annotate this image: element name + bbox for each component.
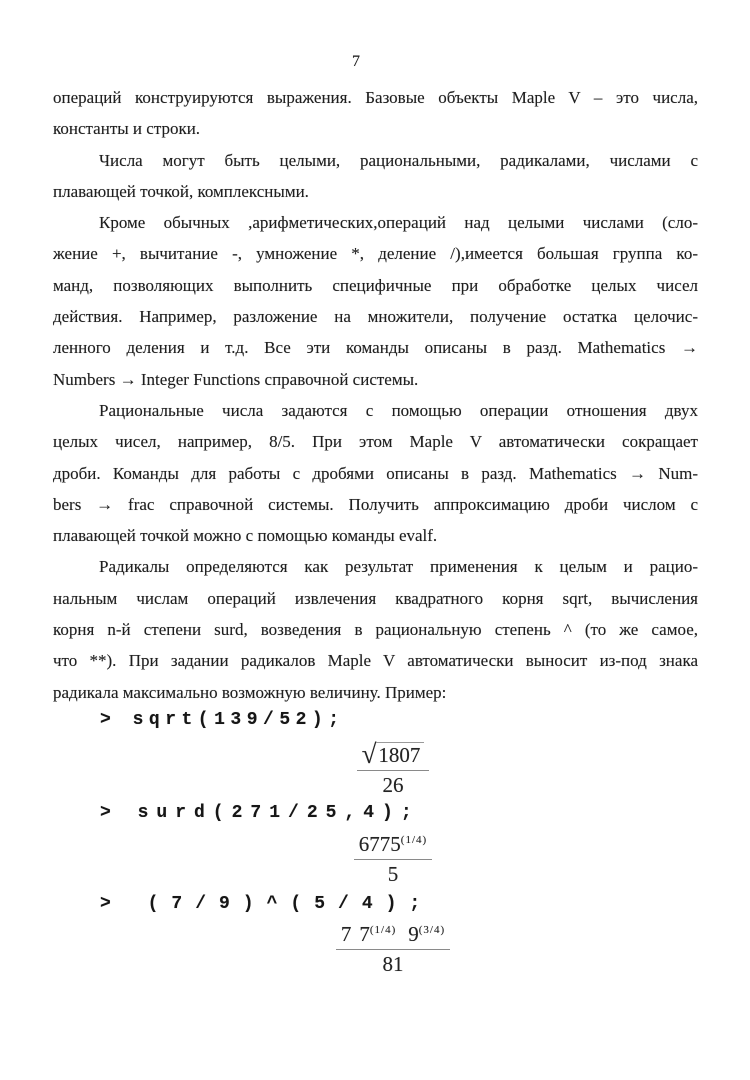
scanned-book-page: 7 операций конструируются выражения. Баз… (0, 0, 750, 1080)
body-text: операций конструируются выражения. Базов… (53, 82, 698, 708)
text-line: радикала максимально возможную величину.… (53, 677, 698, 708)
maple-output-sqrt: √1807 26 (18, 740, 750, 796)
maple-output-power: 77(1/4)9(3/4) 81 (18, 922, 750, 975)
text-line: плавающей точкой можно с помощью команды… (53, 520, 698, 551)
maple-input-sqrt: > sqrt(139/52); (100, 708, 345, 732)
text-line: целых чисел, например, 8/5. При этом Map… (53, 426, 698, 457)
text-line: Радикалы определяются как результат прим… (53, 551, 698, 582)
base: 9 (408, 924, 419, 945)
exponent: (3/4) (419, 925, 445, 936)
denominator: 26 (382, 771, 403, 796)
text-line: Числа могут быть целыми, рациональными, … (53, 145, 698, 176)
text-line: манд, позволяющих выполнить специфичные … (53, 270, 698, 301)
radical-sign: √ (362, 742, 377, 766)
coefficient: 7 (341, 924, 352, 945)
text-line: корня n-й степени surd, возведения в рац… (53, 614, 698, 645)
text-line: нальным числам операций извлечения квадр… (53, 583, 698, 614)
text-line: константы и строки. (53, 113, 698, 144)
exponent: (1/4) (401, 835, 427, 846)
text-line: что **). При задании радикалов Maple V а… (53, 645, 698, 676)
text-line: операций конструируются выражения. Базов… (53, 82, 698, 113)
denominator: 5 (388, 860, 399, 885)
text-line: Кроме обычных ,арифметических,операций н… (53, 207, 698, 238)
maple-input-power: > (7/9)^(5/4); (100, 892, 433, 916)
denominator: 81 (383, 950, 404, 975)
maple-input-surd: > surd(271/25,4); (100, 801, 420, 825)
page-number: 7 (0, 53, 712, 71)
text-line: Numbers → Integer Functions справочной с… (53, 364, 698, 395)
text-line: Рациональные числа задаются с помощью оп… (53, 395, 698, 426)
text-line: плавающей точкой, комплексными. (53, 176, 698, 207)
maple-output-surd: 6775(1/4) 5 (18, 832, 750, 885)
radicand: 1807 (376, 742, 424, 766)
text-line: bers → frac справочной системы. Получить… (53, 489, 698, 520)
text-line: дроби. Команды для работы с дробями опис… (53, 458, 698, 489)
base: 6775 (359, 834, 401, 855)
text-line: жение +, вычитание -, умножение *, делен… (53, 238, 698, 269)
exponent: (1/4) (370, 925, 396, 936)
base: 7 (359, 924, 370, 945)
text-line: ленного деления и т.д. Все эти команды о… (53, 332, 698, 363)
text-line: действия. Например, разложение на множит… (53, 301, 698, 332)
